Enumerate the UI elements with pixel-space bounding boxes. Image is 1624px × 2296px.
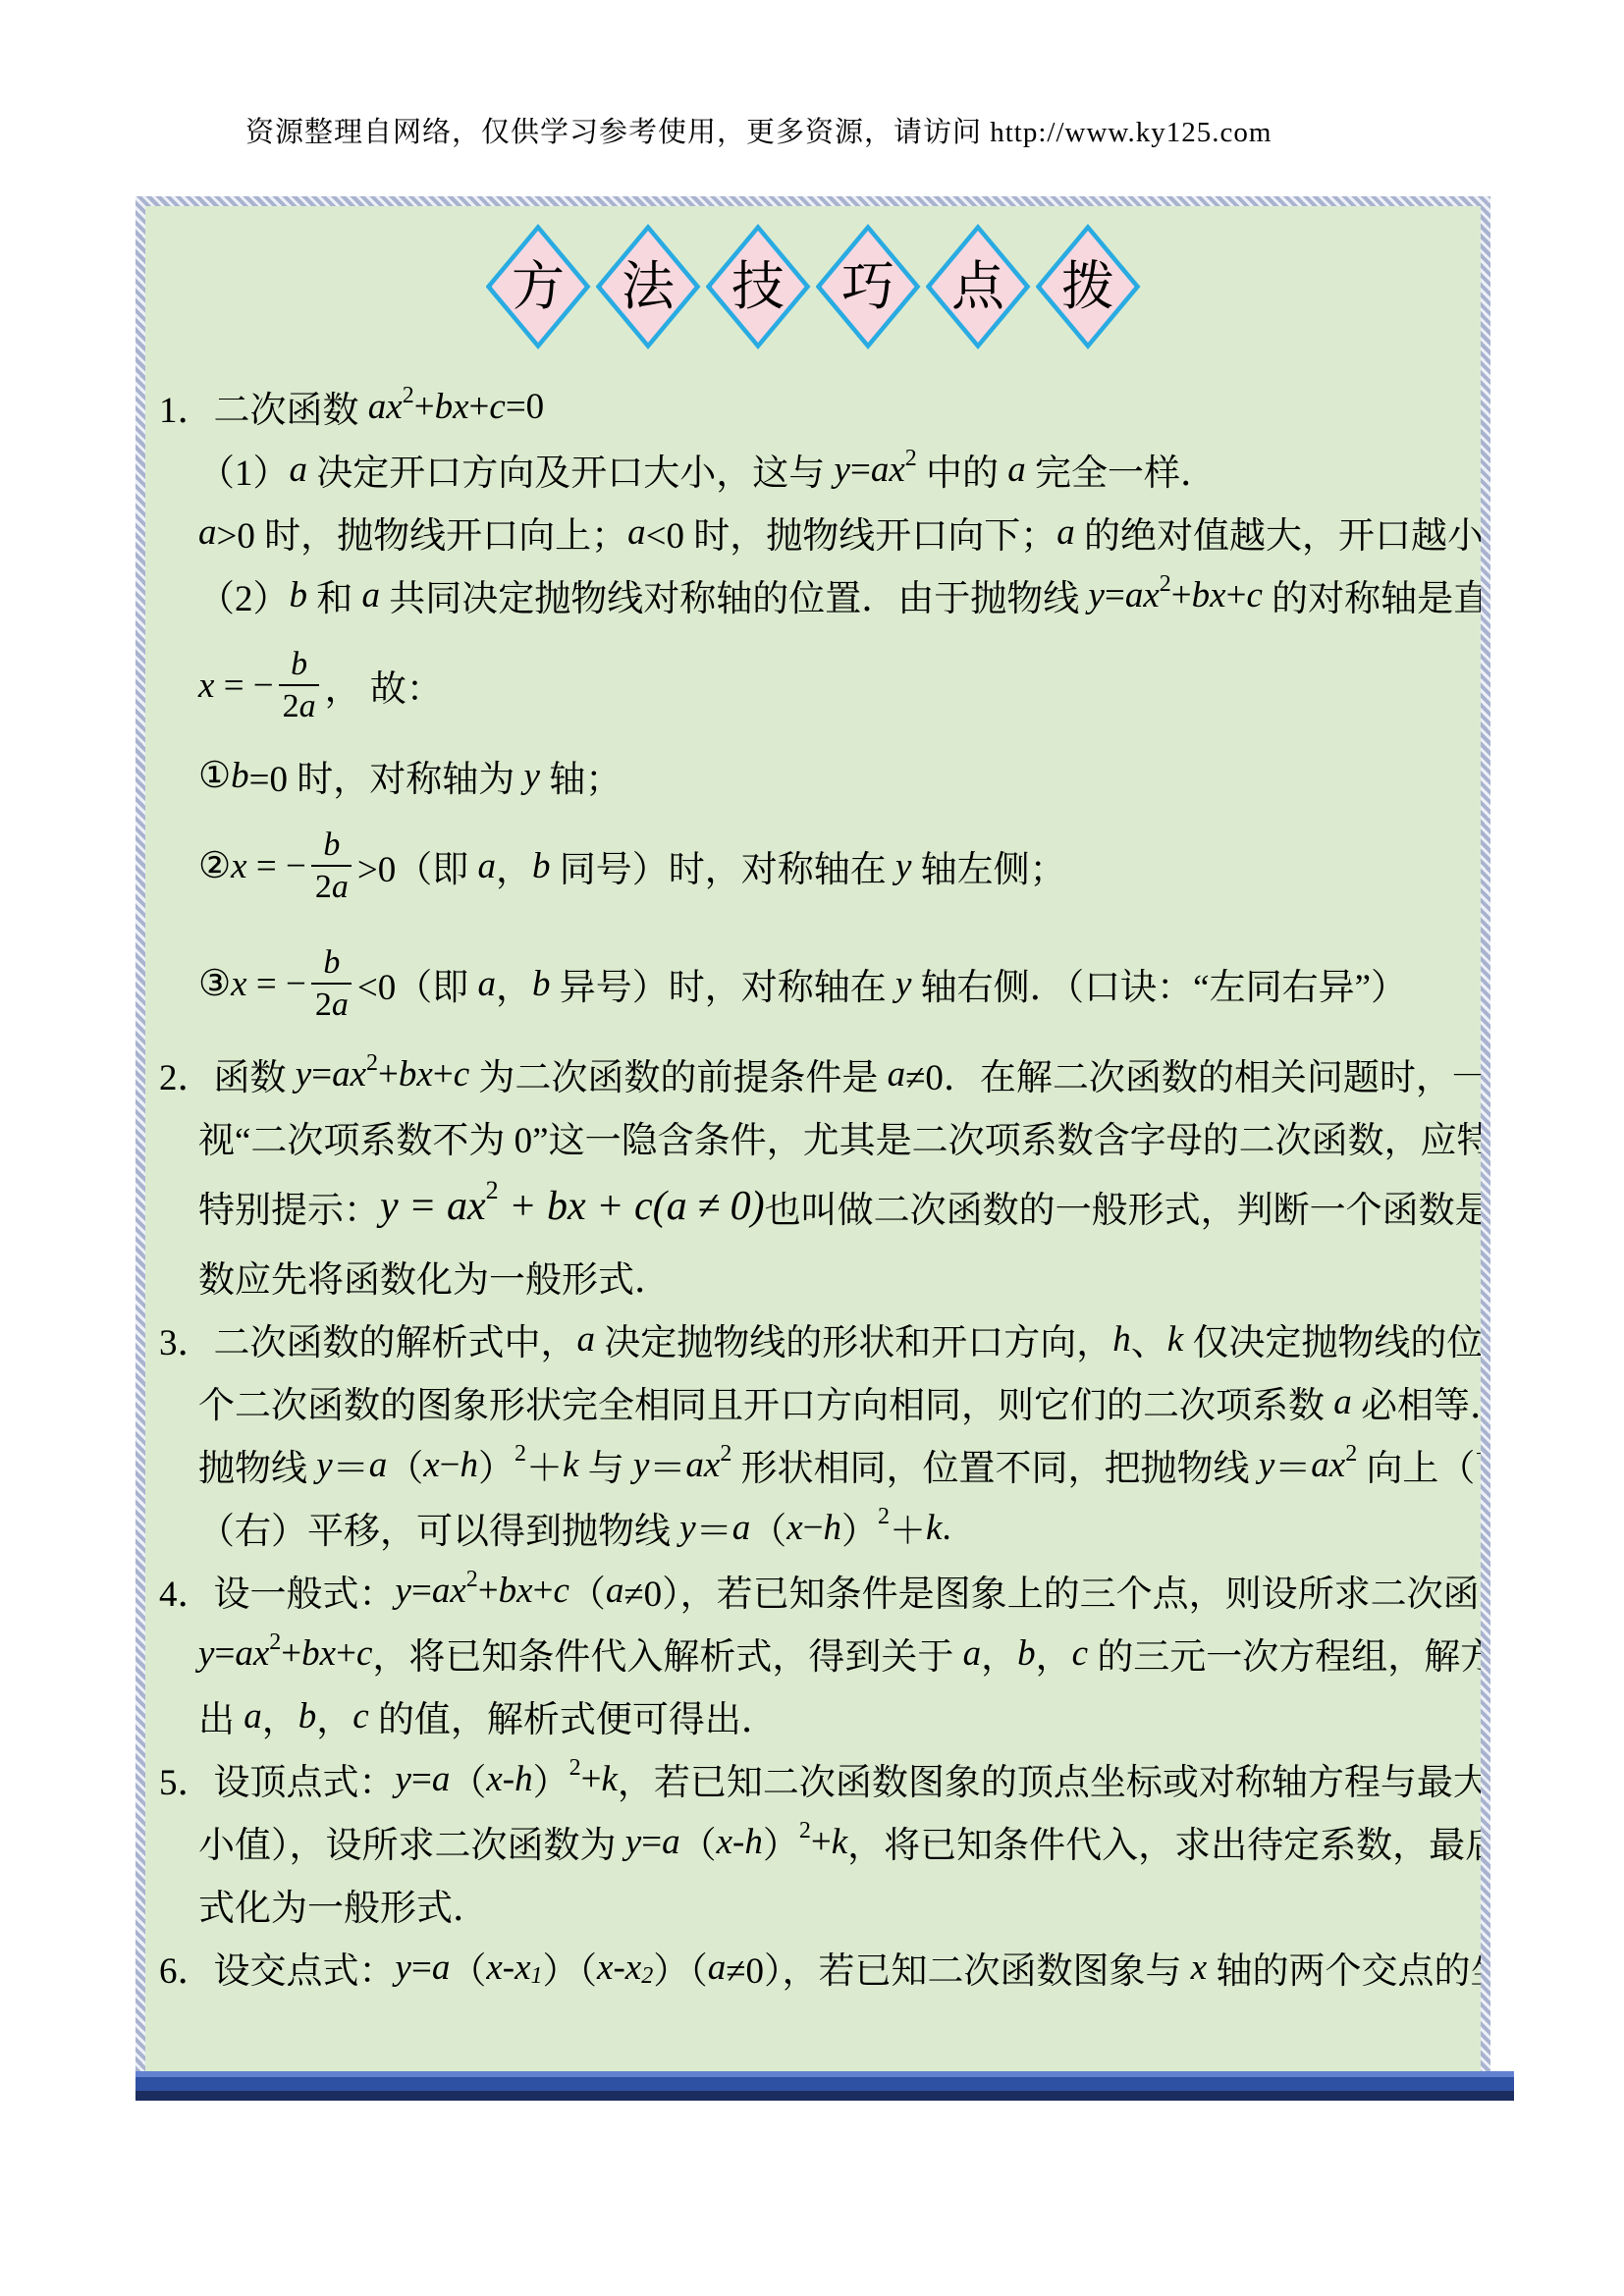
text-segment: y (1259, 1444, 1274, 1486)
text-segment: 2 (366, 1050, 378, 1077)
text-segment: a (662, 1821, 680, 1863)
text-segment: 2 (641, 1963, 653, 1990)
text-line: a>0 时，抛物线开口向上；a<0 时，抛物线开口向下；a 的绝对值越大，开口越… (159, 501, 1465, 563)
text-segment: ax (235, 1632, 269, 1675)
text-segment: + bx + c(a ≠ 0) (499, 1183, 765, 1230)
text-segment: a (362, 574, 381, 616)
text-segment: y (895, 963, 911, 1005)
text-segment: x (486, 1758, 502, 1800)
text-segment: a (432, 1758, 451, 1800)
text-segment: = (411, 1758, 432, 1800)
text-segment: ax (1311, 1444, 1345, 1486)
text-line: （右）平移，可以得到抛物线 y＝a（x−h）2＋k. (159, 1496, 1465, 1559)
text-segment: + (336, 1632, 356, 1675)
text-segment: c (1246, 574, 1262, 616)
text-segment: ＝ (333, 1438, 369, 1491)
math-char: b (323, 827, 340, 863)
text-segment: 仅决定抛物线的位置．若两 (1183, 1312, 1490, 1365)
text-segment: ax (368, 386, 403, 428)
text-segment: h (514, 1758, 533, 1800)
text-segment: + (1226, 574, 1247, 616)
text-segment: ，将已知条件代入解析式，得到关于 (372, 1627, 962, 1680)
text-segment: y (396, 1758, 411, 1800)
text-segment: + (581, 1758, 602, 1800)
text-segment: ＝ (649, 1438, 685, 1491)
text-segment: ） (763, 1815, 799, 1868)
text-segment: =0 (506, 386, 544, 428)
text-line: 5．设顶点式：y=a（x-h）2+k，若已知二次函数图象的顶点坐标或对称轴方程与… (159, 1747, 1465, 1810)
math-char: 2 (315, 869, 332, 905)
text-segment: = (411, 1570, 432, 1612)
text-segment: 的绝对值越大，开口越小． (1075, 506, 1490, 559)
text-segment: y (835, 449, 850, 491)
text-segment: ）（ (653, 1941, 708, 1994)
text-segment: y (296, 1053, 311, 1095)
text-segment: 个二次函数的图象形状完全相同且开口方向相同，则它们的二次项系数 (198, 1375, 1333, 1428)
text-segment: 必相等． (1352, 1375, 1490, 1428)
text-segment: a (1007, 449, 1026, 491)
text-segment: ax (332, 1053, 366, 1095)
text-segment: + (811, 1821, 832, 1863)
banner-diamond-char: 拨 (1061, 260, 1114, 313)
text-line: 式化为一般形式． (159, 1873, 1465, 1936)
text-segment: 轴； (540, 749, 622, 802)
text-segment: 2 (466, 1567, 478, 1593)
text-segment: = (311, 1053, 332, 1095)
text-segment: ≠0），若已知二次函数图象与 (726, 1941, 1191, 1994)
banner-diamond-row: 方法技巧点拨 (145, 224, 1481, 349)
fraction: b2a (311, 826, 352, 906)
fraction-denominator: 2a (311, 985, 352, 1024)
text-segment: - (503, 1758, 514, 1800)
text-segment: 1．二次函数 (159, 380, 368, 433)
text-segment: + (433, 1053, 454, 1095)
text-line: 3．二次函数的解析式中，a 决定抛物线的形状和开口方向，h、k 仅决定抛物线的位… (159, 1308, 1465, 1370)
math-char: a (332, 987, 349, 1023)
text-segment: ） (533, 1752, 569, 1805)
text-line: y=ax2+bx+c，将已知条件代入解析式，得到关于 a，b，c 的三元一次方程… (159, 1622, 1465, 1684)
banner-diamond-face: 法 (602, 231, 695, 343)
text-segment: h (744, 1821, 763, 1863)
text-segment: y (633, 1444, 649, 1486)
text-segment: ＝ (696, 1501, 732, 1554)
text-segment: + (378, 1053, 399, 1095)
text-segment: 2 (720, 1441, 731, 1468)
text-line: 抛物线 y＝a（x−h）2＋k 与 y＝ax2 形状相同，位置不同，把抛物线 y… (159, 1433, 1465, 1496)
banner-diamond-char: 法 (622, 260, 675, 313)
text-segment: 为二次函数的前提条件是 (469, 1047, 888, 1100)
text-segment: bx (435, 386, 469, 428)
text-segment: a (477, 963, 496, 1005)
text-segment: 共同决定抛物线对称轴的位置．由于抛物线 (380, 568, 1089, 621)
banner-diamond-char: 点 (951, 260, 1004, 313)
text-segment: 轴左侧； (911, 839, 1065, 892)
text-segment: 2 (403, 383, 414, 409)
text-segment: 的三元一次方程组，解方程组求 (1088, 1627, 1490, 1680)
text-segment: ≠0），若已知条件是图象上的三个点，则设所求二次函数为 (623, 1564, 1490, 1617)
text-segment: ② (198, 844, 231, 887)
text-segment: a (888, 1053, 906, 1095)
text-segment: 特别提示： (198, 1180, 380, 1233)
text-segment: c (356, 1632, 372, 1675)
text-segment: c (1072, 1632, 1088, 1675)
text-segment: + (281, 1632, 301, 1675)
text-segment: = (850, 449, 871, 491)
text-line: 6．设交点式：y=a（x-x1）（x-x2）（a≠0），若已知二次函数图象与 x… (159, 1936, 1465, 1999)
text-segment: 与 (578, 1438, 633, 1491)
text-segment: x (423, 1444, 439, 1486)
text-segment: bx (499, 1570, 533, 1612)
text-segment: ax (685, 1444, 720, 1486)
text-segment: a (577, 1318, 596, 1361)
text-segment: =0 时，对称轴为 (249, 749, 524, 802)
math-char: b (323, 944, 340, 981)
math-char: b (291, 646, 307, 682)
text-segment: 1 (531, 1963, 543, 1990)
text-segment: a (627, 511, 646, 554)
text-segment: ，将已知条件代入，求出待定系数，最后将解析 (847, 1815, 1490, 1868)
text-segment: bx (399, 1053, 433, 1095)
text-line: 1．二次函数 ax2+bx+c=0 (159, 375, 1465, 438)
text-segment: = − (247, 845, 306, 887)
text-segment: k (926, 1507, 942, 1549)
text-segment: 决定抛物线的形状和开口方向， (595, 1312, 1112, 1365)
text-segment: ， (981, 1627, 1017, 1680)
text-segment: + (414, 386, 435, 428)
text-line: 小值），设所求二次函数为 y=a（x-h）2+k，将已知条件代入，求出待定系数，… (159, 1810, 1465, 1873)
banner-diamond: 方 (486, 224, 591, 349)
text-segment: 2 (905, 446, 917, 472)
text-segment: y (198, 1632, 214, 1675)
fraction: b2a (311, 943, 352, 1024)
text-line: 数应先将函数化为一般形式． (159, 1245, 1465, 1308)
text-segment: ， (496, 839, 532, 892)
text-line: 个二次函数的图象形状完全相同且开口方向相同，则它们的二次项系数 a 必相等． (159, 1370, 1465, 1433)
text-segment: >0（即 (357, 839, 478, 892)
text-segment: b (1017, 1632, 1036, 1675)
banner-diamond-face: 巧 (822, 231, 915, 343)
text-segment: y (625, 1821, 641, 1863)
text-segment: <0 时，抛物线开口向下； (646, 506, 1057, 559)
math-char: 2 (283, 688, 299, 724)
text-segment: c (454, 1053, 469, 1095)
text-segment: ， (262, 1689, 298, 1742)
text-segment: 视“二次项系数不为 0”这一隐含条件，尤其是二次项系数含字母的二次函数，应特别注… (198, 1110, 1490, 1163)
text-line: 特别提示：y = ax2 + bx + c(a ≠ 0)也叫做二次函数的一般形式… (159, 1168, 1465, 1245)
text-segment: 2 (569, 1755, 581, 1782)
text-segment: a (963, 1632, 982, 1675)
text-segment: 2 (799, 1818, 811, 1844)
text-segment: a (708, 1947, 727, 1989)
text-segment: = − (214, 665, 273, 707)
text-segment: ＝ (1274, 1438, 1311, 1491)
text-segment: - (732, 1821, 744, 1863)
text-segment: y = ax (380, 1183, 486, 1230)
text-segment: （ (680, 1815, 717, 1868)
text-segment: （ (387, 1438, 423, 1491)
banner-diamond-face: 拨 (1042, 231, 1135, 343)
text-segment: 小值），设所求二次函数为 (198, 1815, 625, 1868)
text-segment: ，若已知二次函数图象的顶点坐标或对称轴方程与最大值（或最 (618, 1752, 1490, 1805)
text-segment: 、 (1131, 1312, 1167, 1365)
text-segment: c (553, 1570, 568, 1612)
text-segment: 5．设顶点式： (159, 1752, 396, 1805)
text-segment: x (486, 1947, 502, 1989)
text-segment: ③ (198, 962, 231, 1005)
text-segment: 完全一样． (1026, 443, 1217, 496)
text-segment: ax (1125, 574, 1160, 616)
text-segment: 异号）时，对称轴在 (550, 957, 895, 1010)
text-segment: ＋ (890, 1501, 926, 1554)
text-segment: y (524, 755, 540, 797)
banner-diamond: 点 (926, 224, 1031, 349)
text-line: 出 a，b，c 的值，解析式便可得出． (159, 1684, 1465, 1747)
text-segment: ， 故： (325, 659, 443, 712)
text-segment: 2 (514, 1441, 526, 1468)
text-segment: b (532, 963, 551, 1005)
fraction-denominator: 2a (311, 867, 352, 906)
text-segment: ）（ (543, 1941, 598, 1994)
text-segment: k (601, 1758, 617, 1800)
text-line: 4．设一般式：y=ax2+bx+c（a≠0），若已知条件是图象上的三个点，则设所… (159, 1559, 1465, 1622)
text-segment: y (679, 1507, 695, 1549)
text-segment: − (440, 1444, 460, 1486)
text-segment: 2 (1160, 571, 1171, 598)
math-char: a (299, 688, 316, 724)
text-segment: 出 (198, 1689, 244, 1742)
math-char: a (332, 869, 349, 905)
text-segment: + (478, 1570, 499, 1612)
text-segment: a (1056, 511, 1075, 554)
text-segment: 向上（下）向左 (1357, 1438, 1490, 1491)
text-segment: a (432, 1947, 451, 1989)
text-segment: 轴的两个交点的坐标为 (1207, 1941, 1490, 1994)
text-segment: x (717, 1821, 732, 1863)
text-segment: 轴右侧．（口诀：“左同右异”） (911, 957, 1407, 1010)
text-segment: b (532, 845, 551, 887)
text-segment: ① (198, 754, 231, 797)
text-segment: = (641, 1821, 662, 1863)
text-segment: ， (496, 957, 532, 1010)
text-segment: 决定开口方向及开口大小，这与 (307, 443, 835, 496)
text-line: x = −b2a， 故： (159, 626, 1465, 744)
text-segment: − (803, 1507, 824, 1549)
text-segment: = − (247, 963, 306, 1005)
text-segment: a (198, 511, 217, 554)
banner-diamond: 巧 (816, 224, 921, 349)
banner-diamond-face: 技 (712, 231, 805, 343)
text-segment: a (244, 1695, 262, 1737)
text-segment: y (396, 1570, 411, 1612)
fraction-denominator: 2a (279, 686, 320, 725)
text-segment: a (369, 1444, 388, 1486)
text-segment: c (489, 386, 505, 428)
text-segment: ， (1036, 1627, 1072, 1680)
text-segment: 6．设交点式： (159, 1941, 396, 1994)
text-segment: x (231, 845, 246, 887)
text-segment: k (563, 1444, 578, 1486)
text-segment: ） (841, 1501, 878, 1554)
banner-diamond: 拨 (1036, 224, 1141, 349)
text-segment: x (625, 1947, 641, 1989)
text-segment: b (290, 574, 308, 616)
document-page: 资源整理自网络，仅供学习参考使用，更多资源，请访问 http://www.ky1… (0, 0, 1624, 2296)
text-line: 2．函数 y=ax2+bx+c 为二次函数的前提条件是 a≠0．在解二次函数的相… (159, 1042, 1465, 1105)
text-segment: a (290, 449, 308, 491)
text-segment: y (895, 845, 911, 887)
text-segment: y (1089, 574, 1105, 616)
text-line: ②x = −b2a>0（即 a，b 同号）时，对称轴在 y 轴左侧； (159, 807, 1465, 925)
text-segment: 抛物线 (198, 1438, 316, 1491)
banner-diamond-face: 方 (492, 231, 585, 343)
text-segment: <0（即 (357, 957, 478, 1010)
text-segment: k (832, 1821, 847, 1863)
text-segment: - (613, 1947, 624, 1989)
text-segment: a (477, 845, 496, 887)
text-segment: y (396, 1947, 411, 1989)
text-segment: 4．设一般式： (159, 1564, 396, 1617)
banner-diamond-char: 巧 (841, 260, 894, 313)
text-segment: 的值，解析式便可得出． (369, 1689, 778, 1742)
banner-diamond: 技 (706, 224, 811, 349)
text-segment: 数应先将函数化为一般形式． (198, 1250, 671, 1303)
text-segment: h (1112, 1318, 1131, 1361)
text-segment: bx (301, 1632, 336, 1675)
content-lines: 1．二次函数 ax2+bx+c=0（1）a 决定开口方向及开口大小，这与 y=a… (145, 375, 1481, 1999)
text-segment: y (316, 1444, 332, 1486)
banner-diamond: 法 (596, 224, 701, 349)
text-segment: h (824, 1507, 842, 1549)
text-segment: x (1191, 1947, 1207, 1989)
text-segment: b (298, 1695, 317, 1737)
text-line: ①b=0 时，对称轴为 y 轴； (159, 744, 1465, 807)
text-segment: ＋ (526, 1438, 563, 1491)
page-header-text: 资源整理自网络，仅供学习参考使用，更多资源，请访问 http://www.ky1… (245, 110, 1272, 150)
text-segment: >0 时，抛物线开口向上； (217, 506, 628, 559)
text-segment: 2 (1345, 1441, 1357, 1468)
text-segment: （2） (198, 568, 290, 621)
text-segment: （ (450, 1941, 486, 1994)
text-segment: x (597, 1947, 613, 1989)
text-segment: 也叫做二次函数的一般形式，判断一个函数是否是二次函 (765, 1180, 1490, 1233)
text-segment: a (1333, 1381, 1352, 1423)
panel-bottom-bar (135, 2071, 1514, 2101)
text-segment: ax (871, 449, 905, 491)
text-segment: = (214, 1632, 235, 1675)
text-segment: ax (432, 1570, 466, 1612)
text-segment: ， (316, 1689, 352, 1742)
text-segment: 2．函数 (159, 1047, 296, 1100)
text-segment: （右）平移，可以得到抛物线 (198, 1501, 679, 1554)
text-segment: k (1167, 1318, 1183, 1361)
text-segment: 形状相同，位置不同，把抛物线 (731, 1438, 1259, 1491)
text-segment: （ (450, 1752, 486, 1805)
text-segment: 和 (307, 568, 362, 621)
banner-diamond-face: 点 (932, 231, 1025, 343)
text-segment: + (469, 386, 490, 428)
text-segment: 3．二次函数的解析式中， (159, 1312, 577, 1365)
text-segment: 2 (269, 1629, 281, 1656)
text-segment: 同号）时，对称轴在 (550, 839, 895, 892)
fraction: b2a (279, 645, 320, 725)
text-segment: . (942, 1507, 950, 1549)
text-segment: x (198, 665, 214, 707)
banner-diamond-char: 方 (512, 260, 565, 313)
text-segment: a (606, 1570, 624, 1612)
text-segment: x (786, 1507, 802, 1549)
text-line: （2）b 和 a 共同决定抛物线对称轴的位置．由于抛物线 y=ax2+bx+c … (159, 563, 1465, 626)
text-segment: （ (750, 1501, 786, 1554)
text-segment: x (514, 1947, 530, 1989)
text-segment: 2 (878, 1504, 890, 1530)
text-segment: 中的 (917, 443, 1008, 496)
text-segment: c (352, 1695, 368, 1737)
math-char: 2 (315, 987, 332, 1023)
fraction-numerator: b (311, 943, 352, 985)
text-segment: 2 (486, 1176, 499, 1205)
text-line: ③x = −b2a<0（即 a，b 异号）时，对称轴在 y 轴右侧．（口诀：“左… (159, 925, 1465, 1042)
text-line: 视“二次项系数不为 0”这一隐含条件，尤其是二次项系数含字母的二次函数，应特别注… (159, 1105, 1465, 1168)
text-segment: a (732, 1507, 751, 1549)
fraction-numerator: b (279, 645, 319, 686)
text-segment: = (1105, 574, 1125, 616)
text-segment: + (1171, 574, 1192, 616)
banner-diamond-char: 技 (731, 260, 785, 313)
fraction-numerator: b (311, 826, 352, 867)
text-segment: ） (478, 1438, 514, 1491)
text-segment: bx (1192, 574, 1226, 616)
text-segment: = (411, 1947, 432, 1989)
text-segment: x (231, 963, 246, 1005)
text-segment: 式化为一般形式． (198, 1878, 489, 1931)
text-segment: - (503, 1947, 514, 1989)
text-segment: （ (569, 1564, 606, 1617)
text-segment: b (231, 755, 249, 797)
text-segment: h (460, 1444, 479, 1486)
text-line: （1）a 决定开口方向及开口大小，这与 y=ax2 中的 a 完全一样． (159, 438, 1465, 501)
text-segment: ≠0．在解二次函数的相关问题时，一定不能忽 (905, 1047, 1490, 1100)
content-panel: 方法技巧点拨 1．二次函数 ax2+bx+c=0（1）a 决定开口方向及开口大小… (135, 196, 1490, 2071)
text-segment: 的对称轴是直线 (1263, 568, 1490, 621)
text-segment: （1） (198, 443, 290, 496)
text-segment: + (533, 1570, 554, 1612)
